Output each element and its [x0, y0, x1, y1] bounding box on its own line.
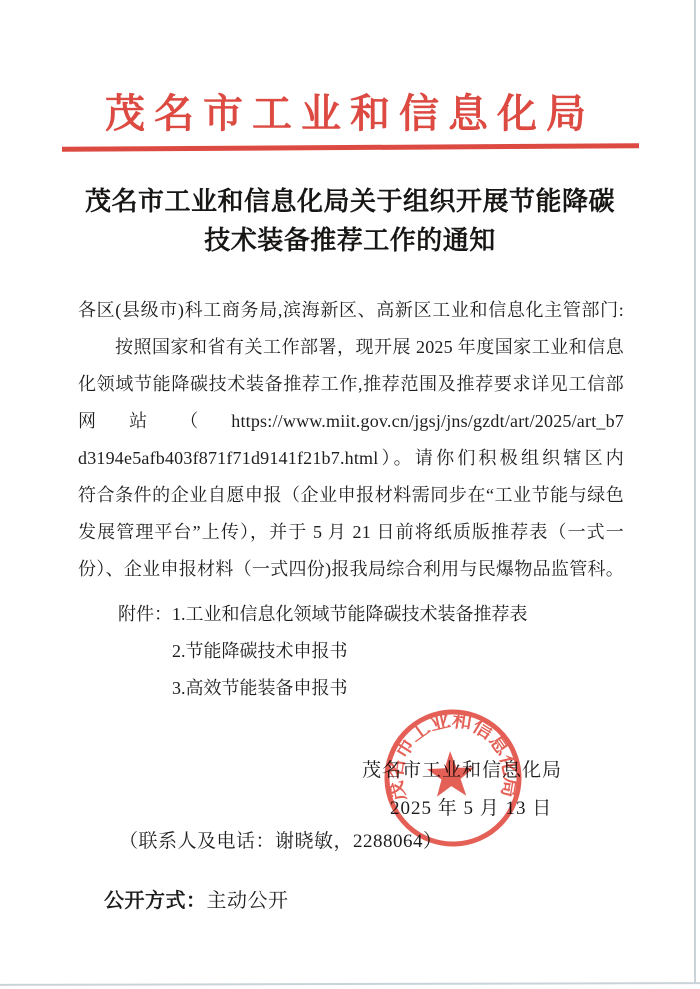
seal-star-icon	[426, 750, 475, 797]
body-line: 符合条件的企业自愿申报（企业申报材料需同步在“工业节能与绿色	[78, 477, 624, 514]
page-edge-bottom	[0, 982, 700, 986]
document-title-line-2: 技术装备推荐工作的通知	[0, 221, 700, 260]
seal-arc-text: 茂名市工业和信息化局	[381, 706, 524, 805]
body-line: 化领域节能降碳技术装备推荐工作,推荐范围及推荐要求详见工信部	[78, 366, 624, 403]
attachments-label: 附件：	[118, 596, 172, 707]
red-divider	[62, 143, 639, 152]
attachment-item: 1.工业和信息化领域节能降碳技术装备推荐表	[172, 596, 528, 633]
document-body: 各区(县级市)科工商务局,滨海新区、高新区工业和信息化主管部门: 按照国家和省有…	[78, 292, 624, 588]
body-line: 按照国家和省有关工作部署，现开展 2025 年度国家工业和信息	[78, 329, 624, 366]
contact-line: （联系人及电话：谢晓敏，2288064）	[119, 826, 443, 853]
attachment-item: 3.高效节能装备申报书	[172, 670, 528, 707]
attachment-item: 2.节能降碳技术申报书	[172, 633, 528, 670]
attachments-block: 附件： 1.工业和信息化领域节能降碳技术装备推荐表 2.节能降碳技术申报书 3.…	[118, 596, 528, 707]
body-line: 份）、企业申报材料（一式四份)报我局综合利用与民爆物品监管科。	[78, 551, 624, 588]
salutation: 各区(县级市)科工商务局,滨海新区、高新区工业和信息化主管部门:	[78, 292, 624, 329]
document-page: 茂名市工业和信息化局 茂名市工业和信息化局关于组织开展节能降碳 技术装备推荐工作…	[0, 0, 700, 989]
body-line: d3194e5afb403f871f71d9141f21b7.html）。请你们…	[78, 440, 624, 477]
letterhead-title: 茂名市工业和信息化局	[0, 82, 700, 139]
disclosure-value: 主动公开	[207, 890, 289, 912]
seal-arc-text-holder: 茂名市工业和信息化局	[381, 706, 524, 805]
document-title: 茂名市工业和信息化局关于组织开展节能降碳 技术装备推荐工作的通知	[0, 182, 700, 260]
disclosure-label: 公开方式：	[104, 890, 207, 912]
page-edge-right	[694, 0, 696, 983]
body-line: 网站（https://www.miit.gov.cn/jgsj/jns/gzdt…	[78, 403, 624, 440]
disclosure-line: 公开方式：主动公开	[104, 884, 289, 913]
document-title-line-1: 茂名市工业和信息化局关于组织开展节能降碳	[0, 182, 700, 221]
body-line: 发展管理平台”上传），并于 5 月 21 日前将纸质版推荐表（一式一	[78, 514, 624, 551]
